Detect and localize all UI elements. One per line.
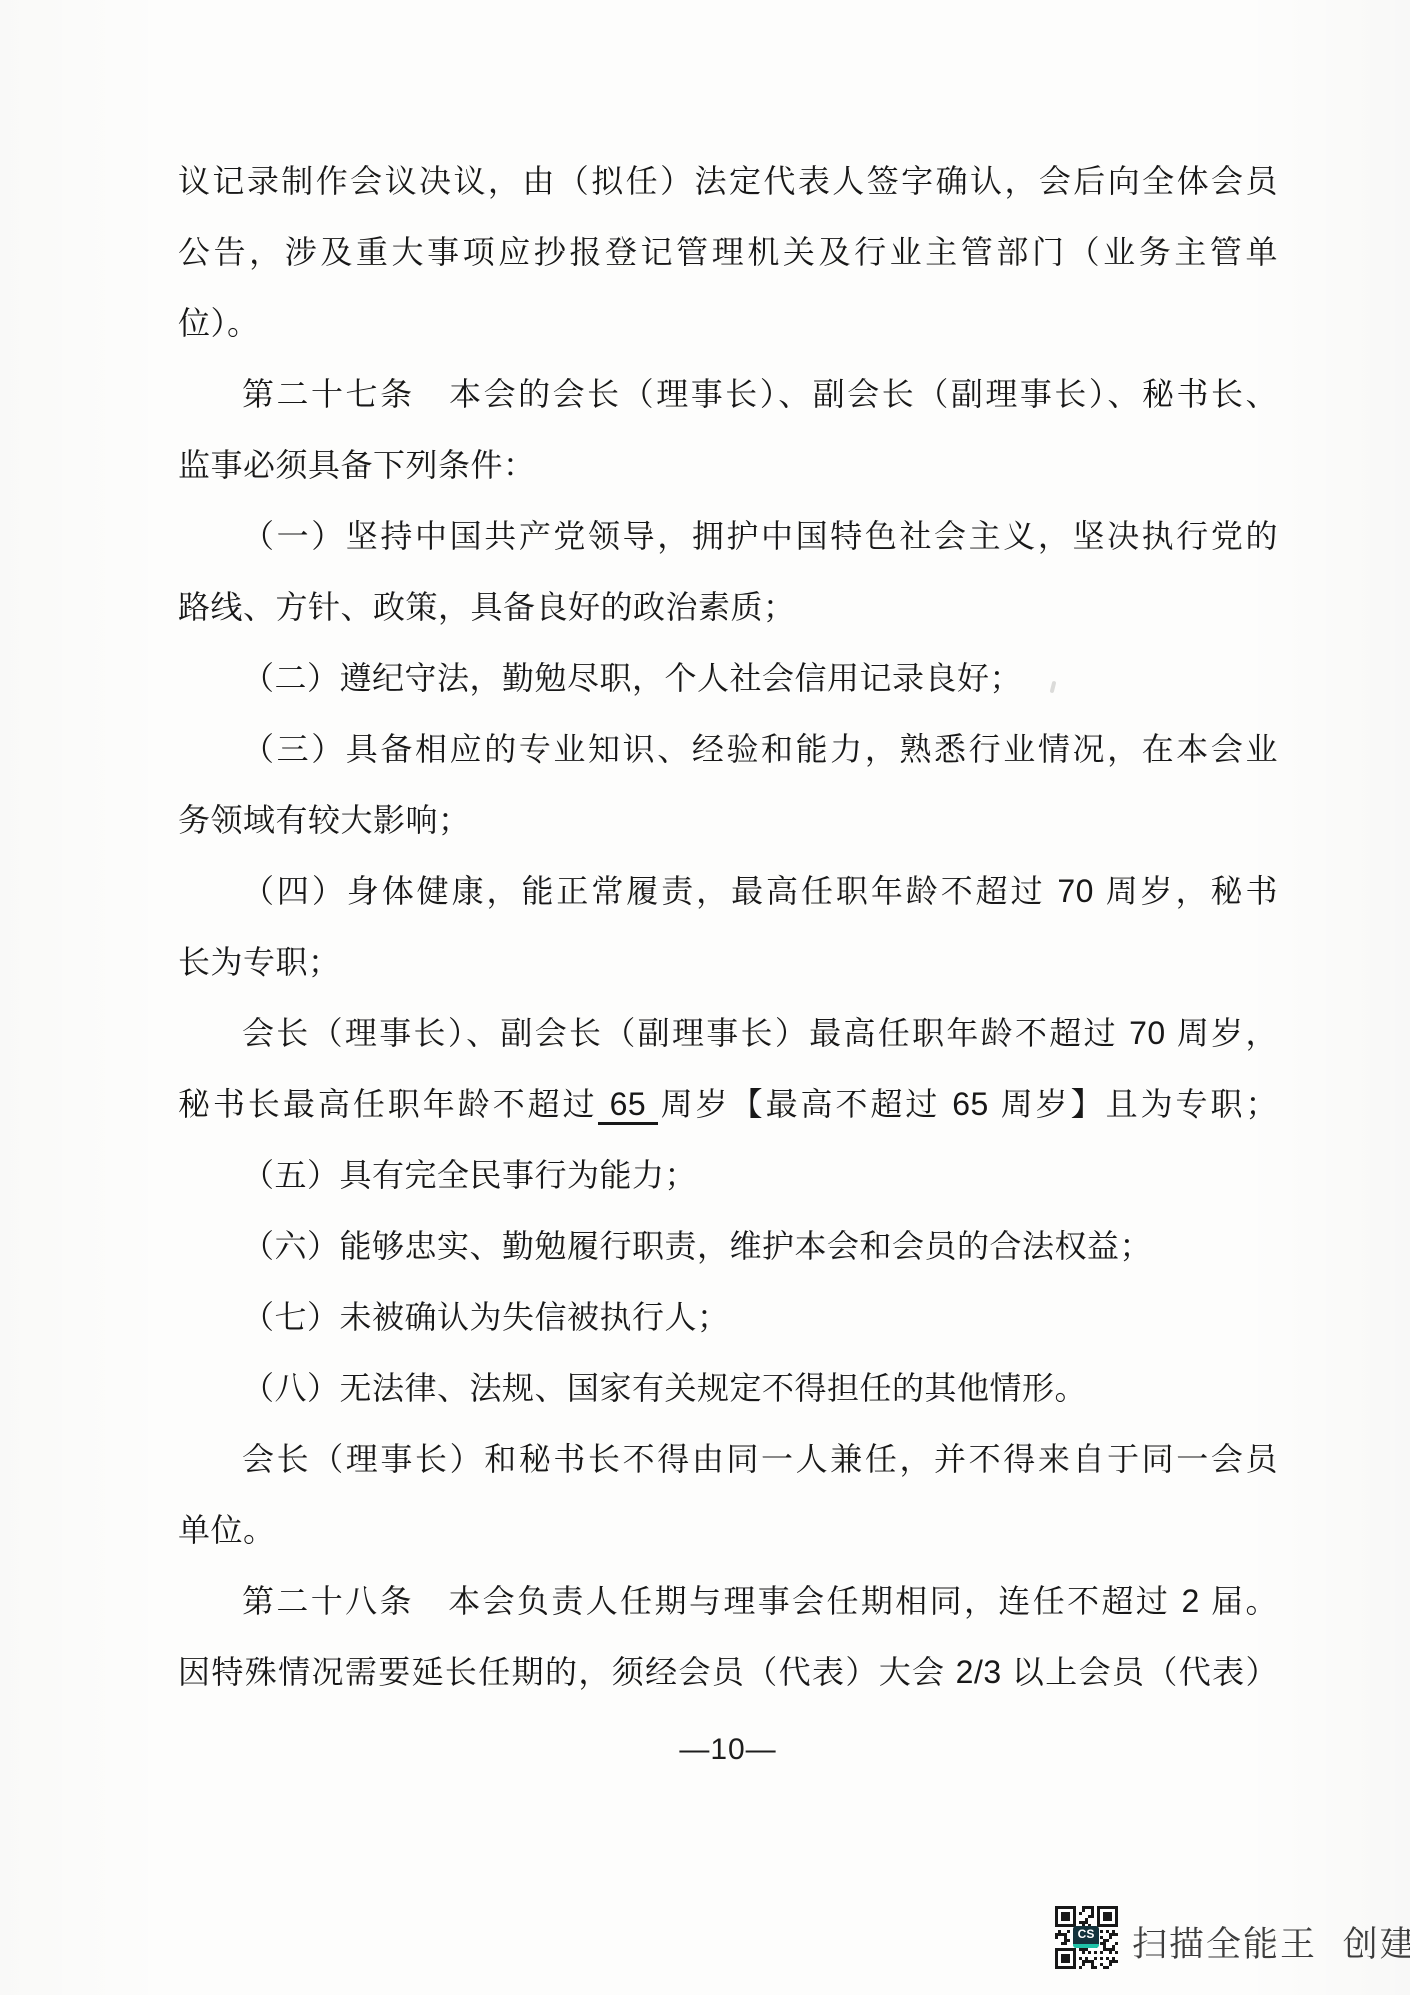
scanned-document-page: 议记录制作会议决议，由（拟任）法定代表人签字确认，会后向全体会员公告，涉及重大事…: [0, 0, 1410, 1995]
text-segment: （五）具有完全民事行为能力；: [242, 1157, 697, 1193]
text-line: 监事必须具备下列条件：: [178, 430, 1278, 501]
text-line: （六）能够忠实、勤勉履行职责，维护本会和会员的合法权益；: [178, 1211, 1278, 1282]
watermark-text: 扫描全能王 创建: [1132, 1917, 1410, 1967]
text-segment: 位）。: [178, 305, 260, 341]
text-segment: 公告，涉及重大事项应抄报登记管理机关及行业主管部门（业务主管单: [178, 234, 1278, 270]
text-line: （五）具有完全民事行为能力；: [178, 1140, 1278, 1211]
text-segment: 会长（理事长）和秘书长不得由同一人兼任，并不得来自于同一会员: [242, 1441, 1278, 1477]
text-line: （三）具备相应的专业知识、经验和能力，熟悉行业情况，在本会业: [178, 714, 1278, 785]
document-text-block: 议记录制作会议决议，由（拟任）法定代表人签字确认，会后向全体会员公告，涉及重大事…: [178, 146, 1278, 1708]
text-line: 务领域有较大影响；: [178, 785, 1278, 856]
text-line: 议记录制作会议决议，由（拟任）法定代表人签字确认，会后向全体会员: [178, 146, 1278, 217]
text-line: 公告，涉及重大事项应抄报登记管理机关及行业主管部门（业务主管单: [178, 217, 1278, 288]
text-segment: 议记录制作会议决议，由（拟任）法定代表人签字确认，会后向全体会员: [178, 163, 1278, 199]
text-line: 长为专职；: [178, 927, 1278, 998]
text-segment: （四）身体健康，能正常履责，最高任职年龄不超过 70 周岁，秘书: [242, 873, 1278, 909]
text-segment: （二）遵纪守法，勤勉尽职，个人社会信用记录良好；: [242, 660, 1022, 696]
filled-in-blank-value: 65: [598, 1086, 659, 1125]
text-segment: 因特殊情况需要延长任期的，须经会员（代表）大会 2/3 以上会员（代表）: [178, 1654, 1278, 1690]
text-segment: 监事必须具备下列条件：: [178, 447, 536, 483]
qr-code-icon: [1055, 1906, 1118, 1969]
text-line: 第二十八条 本会负责人任期与理事会任期相同，连任不超过 2 届。: [178, 1566, 1278, 1637]
text-segment: 周岁【最高不超过 65 周岁】且为专职；: [658, 1086, 1278, 1122]
text-line: 第二十七条 本会的会长（理事长）、副会长（副理事长）、秘书长、: [178, 359, 1278, 430]
text-segment: （六）能够忠实、勤勉履行职责，维护本会和会员的合法权益；: [242, 1228, 1152, 1264]
text-line: （七）未被确认为失信被执行人；: [178, 1282, 1278, 1353]
text-line: 单位。: [178, 1495, 1278, 1566]
text-line: （一）坚持中国共产党领导，拥护中国特色社会主义，坚决执行党的: [178, 501, 1278, 572]
text-line: （二）遵纪守法，勤勉尽职，个人社会信用记录良好；: [178, 643, 1278, 714]
text-segment: 单位。: [178, 1512, 276, 1548]
camscanner-logo-icon: CS: [1073, 1926, 1099, 1948]
text-segment: （一）坚持中国共产党领导，拥护中国特色社会主义，坚决执行党的: [242, 518, 1278, 554]
page-number: —10—: [178, 1733, 1278, 1767]
text-segment: （七）未被确认为失信被执行人；: [242, 1299, 730, 1335]
text-line: 路线、方针、政策，具备良好的政治素质；: [178, 572, 1278, 643]
text-line: 会长（理事长）、副会长（副理事长）最高任职年龄不超过 70 周岁，: [178, 998, 1278, 1069]
text-segment: 长为专职；: [178, 944, 341, 980]
text-segment: （三）具备相应的专业知识、经验和能力，熟悉行业情况，在本会业: [242, 731, 1278, 767]
text-line: 位）。: [178, 288, 1278, 359]
text-line: 会长（理事长）和秘书长不得由同一人兼任，并不得来自于同一会员: [178, 1424, 1278, 1495]
text-line: （八）无法律、法规、国家有关规定不得担任的其他情形。: [178, 1353, 1278, 1424]
text-segment: 会长（理事长）、副会长（副理事长）最高任职年龄不超过 70 周岁，: [242, 1015, 1278, 1051]
text-segment: 秘书长最高任职年龄不超过: [178, 1086, 598, 1122]
text-segment: （八）无法律、法规、国家有关规定不得担任的其他情形。: [242, 1370, 1087, 1406]
text-segment: 第二十七条 本会的会长（理事长）、副会长（副理事长）、秘书长、: [242, 376, 1278, 412]
text-segment: 务领域有较大影响；: [178, 802, 471, 838]
text-segment: 第二十八条 本会负责人任期与理事会任期相同，连任不超过 2 届。: [242, 1583, 1278, 1619]
text-line: （四）身体健康，能正常履责，最高任职年龄不超过 70 周岁，秘书: [178, 856, 1278, 927]
text-line: 因特殊情况需要延长任期的，须经会员（代表）大会 2/3 以上会员（代表）: [178, 1637, 1278, 1708]
text-line: 秘书长最高任职年龄不超过65周岁【最高不超过 65 周岁】且为专职；: [178, 1069, 1278, 1140]
text-segment: 路线、方针、政策，具备良好的政治素质；: [178, 589, 796, 625]
